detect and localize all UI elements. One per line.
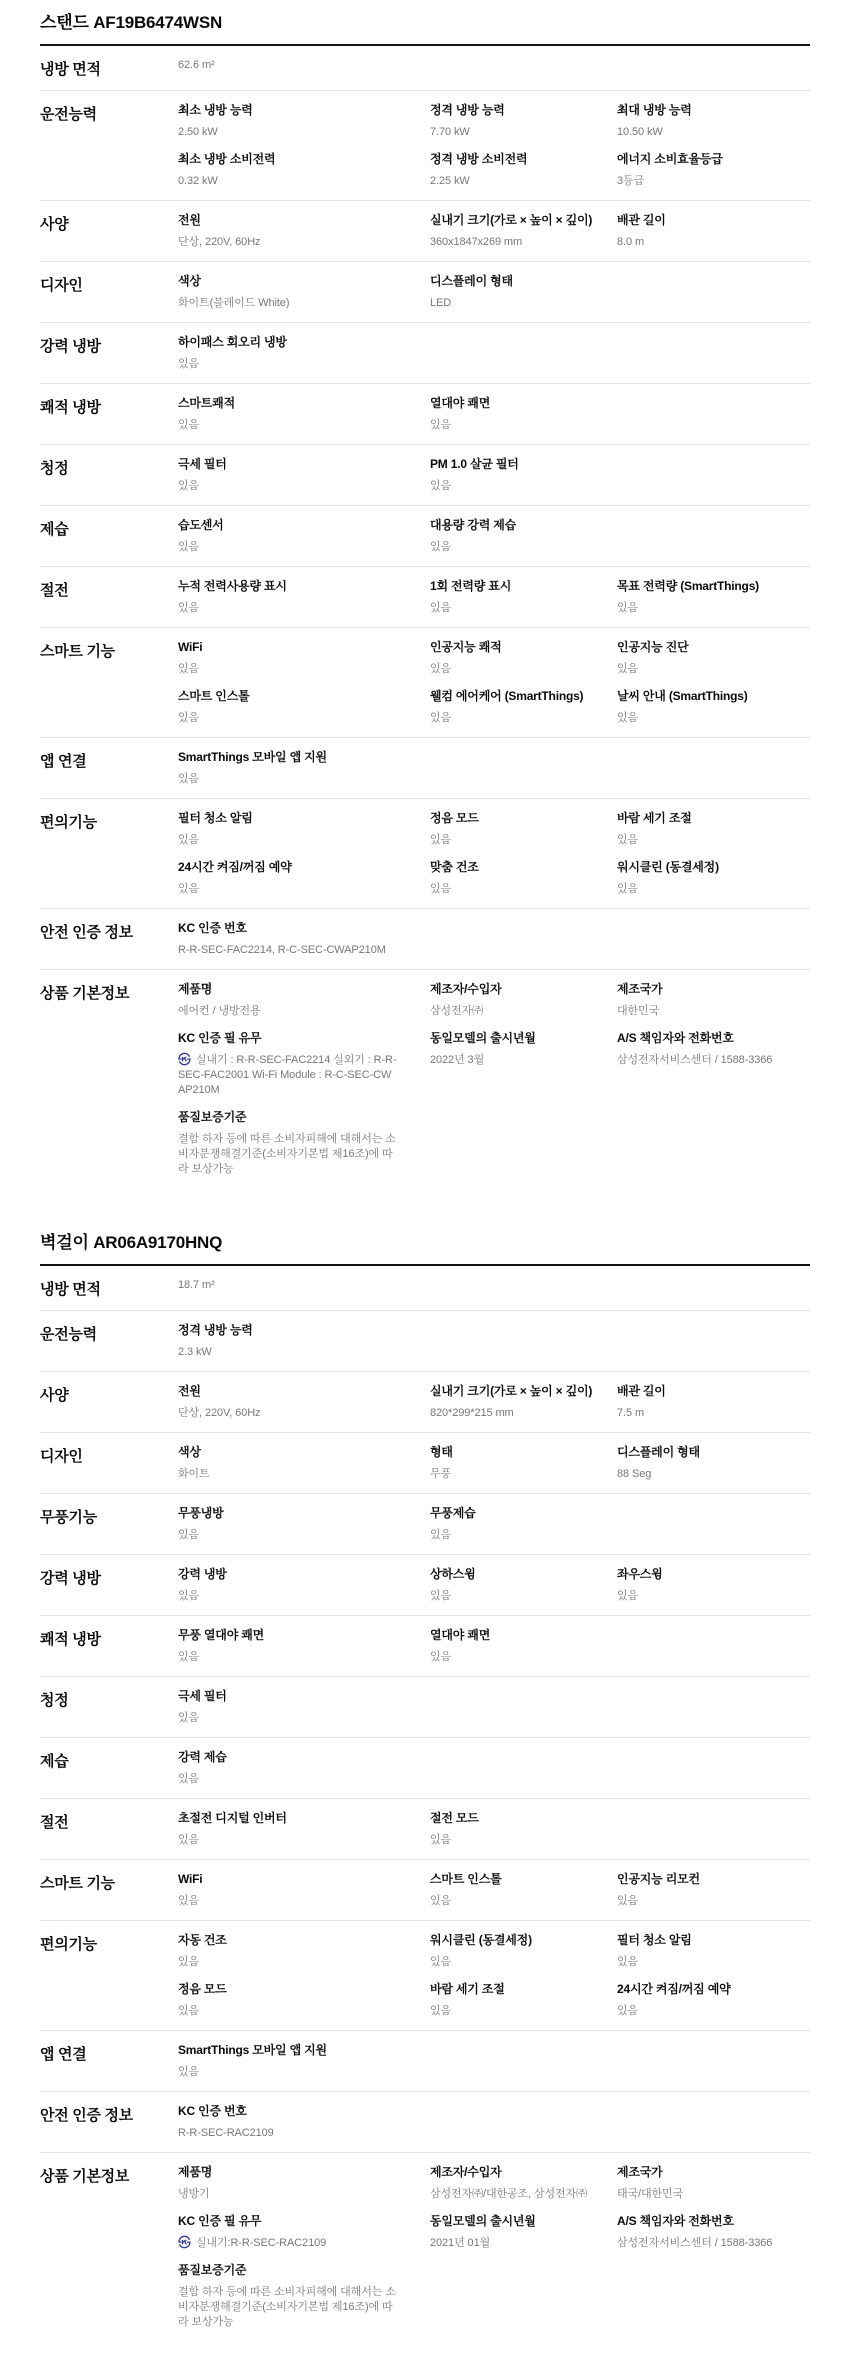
spec-value: 있음	[178, 2004, 398, 2019]
spec-label: 무풍 열대야 쾌면	[178, 1628, 416, 1643]
spec-row: 스마트 기능WiFi있음스마트 인스톨있음인공지능 리모컨있음	[40, 1860, 810, 1921]
spec-row: 청정극세 필터있음	[40, 1677, 810, 1738]
spec-value: 있음	[617, 601, 796, 616]
spec-value: 18.7 m²	[178, 1278, 398, 1293]
spec-cell: 정음 모드있음	[178, 1982, 430, 2019]
spec-row: 쾌적 냉방무풍 열대야 쾌면있음열대야 쾌면있음	[40, 1616, 810, 1677]
spec-group: 품질보증기준결함 하자 등에 따른 소비자피해에 대해서는 소비자분쟁해결기준(…	[178, 2263, 810, 2330]
spec-label: 제조자/수입자	[430, 982, 603, 997]
spec-groups: 초절전 디지털 인버터있음절전 모드있음	[178, 1811, 810, 1848]
spec-label: 정격 냉방 능력	[178, 1323, 416, 1338]
spec-cell: 필터 청소 알림있음	[617, 1933, 810, 1970]
spec-group: KC 인증 필 유무㉿실내기 : R-R-SEC-FAC2214 실외기 : R…	[178, 1031, 810, 1098]
product-section: 스탠드 AF19B6474WSN냉방 면적62.6 m²운전능력최소 냉방 능력…	[40, 8, 810, 1188]
spec-value: 냉방기	[178, 2187, 398, 2202]
spec-value: 삼성전자㈜/대한공조, 삼성전자㈜	[430, 2187, 603, 2202]
spec-row: 강력 냉방강력 냉방있음상하스윙있음좌우스윙있음	[40, 1555, 810, 1616]
spec-label: 배관 길이	[617, 213, 796, 228]
spec-label: 정음 모드	[178, 1982, 416, 1997]
spec-label: 열대야 쾌면	[430, 1628, 603, 1643]
spec-value: 있음	[430, 882, 603, 897]
spec-label: 웰컴 에어케어 (SmartThings)	[430, 689, 603, 704]
spec-label: 무풍제습	[430, 1506, 603, 1521]
spec-label: 1회 전력량 표시	[430, 579, 603, 594]
spec-group: WiFi있음스마트 인스톨있음인공지능 리모컨있음	[178, 1872, 810, 1909]
spec-cell: 인공지능 진단있음	[617, 640, 810, 677]
spec-cell: 맞춤 건조있음	[430, 860, 617, 897]
spec-cell: 동일모델의 출시년월2022년 3월	[430, 1031, 617, 1098]
spec-value: 있음	[178, 540, 398, 555]
category-label: 안전 인증 정보	[40, 921, 178, 942]
spec-cell: 대용량 강력 제습있음	[430, 518, 617, 555]
spec-group: 전원단상, 220V, 60Hz실내기 크기(가로 × 높이 × 깊이)820*…	[178, 1384, 810, 1421]
spec-value: 결함 하자 등에 따른 소비자피해에 대해서는 소비자분쟁해결기준(소비자기본법…	[178, 2285, 398, 2330]
spec-value: 있음	[178, 601, 398, 616]
spec-groups: SmartThings 모바일 앱 지원있음	[178, 750, 810, 787]
spec-groups: 자동 건조있음워시클린 (동결세정)있음필터 청소 알림있음정음 모드있음바람 …	[178, 1933, 810, 2019]
spec-label: A/S 책임자와 전화번호	[617, 2214, 796, 2229]
spec-cell: WiFi있음	[178, 1872, 430, 1909]
spec-row: 편의기능필터 청소 알림있음정음 모드있음바람 세기 조절있음24시간 켜짐/꺼…	[40, 799, 810, 909]
spec-groups: SmartThings 모바일 앱 지원있음	[178, 2043, 810, 2080]
spec-cell: WiFi있음	[178, 640, 430, 677]
spec-row: 상품 기본정보제품명에어컨 / 냉방전용제조자/수입자삼성전자㈜제조국가대한민국…	[40, 970, 810, 1188]
spec-value: 있음	[430, 1955, 603, 1970]
spec-cell: 제조국가태국/대한민국	[617, 2165, 810, 2202]
spec-label: KC 인증 번호	[178, 921, 416, 936]
spec-group: 자동 건조있음워시클린 (동결세정)있음필터 청소 알림있음	[178, 1933, 810, 1970]
spec-cell: 웰컴 에어케어 (SmartThings)있음	[430, 689, 617, 726]
section-title: 벽걸이 AR06A9170HNQ	[40, 1228, 810, 1266]
category-label: 앱 연결	[40, 2043, 178, 2064]
spec-cell: 제조자/수입자삼성전자㈜/대한공조, 삼성전자㈜	[430, 2165, 617, 2202]
spec-cell: 배관 길이7.5 m	[617, 1384, 810, 1421]
spec-label: 제품명	[178, 982, 416, 997]
spec-cell: 동일모델의 출시년월2021년 01월	[430, 2214, 617, 2251]
spec-cell: 62.6 m²	[178, 58, 430, 73]
spec-cell: 정격 냉방 소비전력2.25 kW	[430, 152, 617, 189]
spec-cell: 무풍제습있음	[430, 1506, 617, 1543]
category-label: 청정	[40, 457, 178, 478]
spec-groups: KC 인증 번호R-R-SEC-RAC2109	[178, 2104, 810, 2141]
spec-group: KC 인증 번호R-R-SEC-RAC2109	[178, 2104, 810, 2141]
spec-cell: 디스플레이 형태88 Seg	[617, 1445, 810, 1482]
spec-cell: 자동 건조있음	[178, 1933, 430, 1970]
spec-groups: KC 인증 번호R-R-SEC-FAC2214, R-C-SEC-CWAP210…	[178, 921, 810, 958]
product-section: 벽걸이 AR06A9170HNQ냉방 면적18.7 m²운전능력정격 냉방 능력…	[40, 1228, 810, 2341]
category-label: 운전능력	[40, 1323, 178, 1344]
spec-label: 인공지능 리모컨	[617, 1872, 796, 1887]
spec-cell: 최소 냉방 소비전력0.32 kW	[178, 152, 430, 189]
spec-cell: 상하스윙있음	[430, 1567, 617, 1604]
spec-cell: 강력 냉방있음	[178, 1567, 430, 1604]
spec-group: 정격 냉방 능력2.3 kW	[178, 1323, 810, 1360]
spec-value: 있음	[617, 833, 796, 848]
spec-groups: 하이패스 회오리 냉방있음	[178, 335, 810, 372]
spec-group: 무풍냉방있음무풍제습있음	[178, 1506, 810, 1543]
spec-label: 실내기 크기(가로 × 높이 × 깊이)	[430, 1384, 603, 1399]
spec-value: 있음	[178, 1894, 398, 1909]
spec-cell: 하이패스 회오리 냉방있음	[178, 335, 430, 372]
spec-label: 동일모델의 출시년월	[430, 2214, 603, 2229]
spec-cell: 워시클린 (동결세정)있음	[617, 860, 810, 897]
spec-value: R-R-SEC-FAC2214, R-C-SEC-CWAP210M	[178, 943, 398, 958]
category-label: 사양	[40, 213, 178, 234]
spec-label: 워시클린 (동결세정)	[617, 860, 796, 875]
spec-cell: 색상화이트(블레이드 White)	[178, 274, 430, 311]
spec-cell: 좌우스윙있음	[617, 1567, 810, 1604]
spec-value: 있음	[617, 882, 796, 897]
spec-value: 있음	[430, 601, 603, 616]
spec-groups: 전원단상, 220V, 60Hz실내기 크기(가로 × 높이 × 깊이)820*…	[178, 1384, 810, 1421]
spec-groups: 강력 냉방있음상하스윙있음좌우스윙있음	[178, 1567, 810, 1604]
spec-label: 제품명	[178, 2165, 416, 2180]
spec-label: 품질보증기준	[178, 2263, 416, 2278]
spec-cell: 워시클린 (동결세정)있음	[430, 1933, 617, 1970]
spec-value: 있음	[430, 418, 603, 433]
spec-groups: 강력 제습있음	[178, 1750, 810, 1787]
spec-label: 배관 길이	[617, 1384, 796, 1399]
spec-label: 자동 건조	[178, 1933, 416, 1948]
spec-value: 단상, 220V, 60Hz	[178, 1406, 398, 1421]
category-label: 제습	[40, 1750, 178, 1771]
spec-value: 62.6 m²	[178, 58, 398, 73]
category-label: 쾌적 냉방	[40, 1628, 178, 1649]
spec-cell: 무풍냉방있음	[178, 1506, 430, 1543]
spec-cell: 전원단상, 220V, 60Hz	[178, 1384, 430, 1421]
spec-cell: 배관 길이8.0 m	[617, 213, 810, 250]
spec-label: 실내기 크기(가로 × 높이 × 깊이)	[430, 213, 603, 228]
spec-groups: 누적 전력사용량 표시있음1회 전력량 표시있음목표 전력량 (SmartThi…	[178, 579, 810, 616]
spec-value: 있음	[178, 357, 398, 372]
spec-row: 운전능력최소 냉방 능력2.50 kW정격 냉방 능력7.70 kW최대 냉방 …	[40, 91, 810, 201]
category-label: 운전능력	[40, 103, 178, 124]
spec-cell: PM 1.0 살균 필터있음	[430, 457, 617, 494]
spec-label: KC 인증 번호	[178, 2104, 416, 2119]
spec-label: 스마트쾌적	[178, 396, 416, 411]
spec-group: 극세 필터있음PM 1.0 살균 필터있음	[178, 457, 810, 494]
spec-cell: A/S 책임자와 전화번호삼성전자서비스센터 / 1588-3366	[617, 1031, 810, 1098]
spec-cell: 제품명에어컨 / 냉방전용	[178, 982, 430, 1019]
spec-value: 에어컨 / 냉방전용	[178, 1004, 398, 1019]
spec-label: 맞춤 건조	[430, 860, 603, 875]
spec-label: 날씨 안내 (SmartThings)	[617, 689, 796, 704]
spec-label: 제조자/수입자	[430, 2165, 603, 2180]
spec-cell: 절전 모드있음	[430, 1811, 617, 1848]
spec-value: 있음	[617, 1589, 796, 1604]
spec-label: 동일모델의 출시년월	[430, 1031, 603, 1046]
spec-group: KC 인증 번호R-R-SEC-FAC2214, R-C-SEC-CWAP210…	[178, 921, 810, 958]
spec-cell: 형태무풍	[430, 1445, 617, 1482]
spec-cell: 최대 냉방 능력10.50 kW	[617, 103, 810, 140]
spec-cell: 바람 세기 조절있음	[617, 811, 810, 848]
spec-row: 절전초절전 디지털 인버터있음절전 모드있음	[40, 1799, 810, 1860]
spec-cell: 실내기 크기(가로 × 높이 × 깊이)820*299*215 mm	[430, 1384, 617, 1421]
spec-value: 있음	[430, 1894, 603, 1909]
spec-label: 절전 모드	[430, 1811, 603, 1826]
spec-row: 쾌적 냉방스마트쾌적있음열대야 쾌면있음	[40, 384, 810, 445]
category-label: 편의기능	[40, 1933, 178, 1954]
spec-label: 정격 냉방 능력	[430, 103, 603, 118]
spec-value: 결함 하자 등에 따른 소비자피해에 대해서는 소비자분쟁해결기준(소비자기본법…	[178, 1132, 398, 1177]
spec-cell: 스마트 인스톨있음	[430, 1872, 617, 1909]
spec-cell: 최소 냉방 능력2.50 kW	[178, 103, 430, 140]
spec-value: 8.0 m	[617, 235, 796, 250]
spec-groups: 최소 냉방 능력2.50 kW정격 냉방 능력7.70 kW최대 냉방 능력10…	[178, 103, 810, 189]
spec-value: 있음	[178, 662, 398, 677]
spec-value: 삼성전자서비스센터 / 1588-3366	[617, 1053, 796, 1068]
spec-groups: 스마트쾌적있음열대야 쾌면있음	[178, 396, 810, 433]
spec-groups: WiFi있음스마트 인스톨있음인공지능 리모컨있음	[178, 1872, 810, 1909]
spec-label: KC 인증 필 유무	[178, 2214, 416, 2229]
category-label: 상품 기본정보	[40, 982, 178, 1003]
spec-group: 강력 제습있음	[178, 1750, 810, 1787]
spec-label: 24시간 켜짐/꺼짐 예약	[178, 860, 416, 875]
spec-value: 있음	[430, 833, 603, 848]
spec-value: 화이트	[178, 1467, 398, 1482]
spec-label: 정격 냉방 소비전력	[430, 152, 603, 167]
spec-value: 있음	[178, 1711, 398, 1726]
spec-label: 좌우스윙	[617, 1567, 796, 1582]
spec-cell: SmartThings 모바일 앱 지원있음	[178, 2043, 430, 2080]
spec-group: 스마트 인스톨있음웰컴 에어케어 (SmartThings)있음날씨 안내 (S…	[178, 689, 810, 726]
spec-value: 2022년 3월	[430, 1053, 603, 1068]
spec-value: 있음	[178, 1589, 398, 1604]
spec-row: 강력 냉방하이패스 회오리 냉방있음	[40, 323, 810, 384]
spec-value: 단상, 220V, 60Hz	[178, 235, 398, 250]
spec-label: 스마트 인스톨	[430, 1872, 603, 1887]
spec-value: 있음	[617, 711, 796, 726]
spec-value: 화이트(블레이드 White)	[178, 296, 398, 311]
spec-row: 사양전원단상, 220V, 60Hz실내기 크기(가로 × 높이 × 깊이)36…	[40, 201, 810, 262]
spec-group: 제품명에어컨 / 냉방전용제조자/수입자삼성전자㈜제조국가대한민국	[178, 982, 810, 1019]
spec-value: 있음	[430, 1833, 603, 1848]
spec-label: SmartThings 모바일 앱 지원	[178, 2043, 416, 2058]
spec-value: 있음	[617, 2004, 796, 2019]
spec-value: R-R-SEC-RAC2109	[178, 2126, 398, 2141]
spec-label: 색상	[178, 274, 416, 289]
category-label: 냉방 면적	[40, 1278, 178, 1299]
category-label: 앱 연결	[40, 750, 178, 771]
spec-group: 제품명냉방기제조자/수입자삼성전자㈜/대한공조, 삼성전자㈜제조국가태국/대한민…	[178, 2165, 810, 2202]
spec-group: 초절전 디지털 인버터있음절전 모드있음	[178, 1811, 810, 1848]
spec-groups: 18.7 m²	[178, 1278, 810, 1293]
spec-row: 절전누적 전력사용량 표시있음1회 전력량 표시있음목표 전력량 (SmartT…	[40, 567, 810, 628]
spec-label: 인공지능 쾌적	[430, 640, 603, 655]
spec-value: 7.5 m	[617, 1406, 796, 1421]
spec-cell: 초절전 디지털 인버터있음	[178, 1811, 430, 1848]
spec-label: WiFi	[178, 1872, 416, 1887]
spec-cell: 열대야 쾌면있음	[430, 1628, 617, 1665]
spec-label: 디스플레이 형태	[617, 1445, 796, 1460]
spec-value: 있음	[178, 882, 398, 897]
category-label: 청정	[40, 1689, 178, 1710]
spec-groups: 62.6 m²	[178, 58, 810, 73]
spec-value: 있음	[430, 2004, 603, 2019]
spec-label: 누적 전력사용량 표시	[178, 579, 416, 594]
spec-row: 무풍기능무풍냉방있음무풍제습있음	[40, 1494, 810, 1555]
spec-value: 있음	[178, 418, 398, 433]
spec-cell: 품질보증기준결함 하자 등에 따른 소비자피해에 대해서는 소비자분쟁해결기준(…	[178, 2263, 430, 2330]
spec-row: 냉방 면적62.6 m²	[40, 46, 810, 91]
spec-cell: 정격 냉방 능력7.70 kW	[430, 103, 617, 140]
spec-cell: 색상화이트	[178, 1445, 430, 1482]
spec-group: 누적 전력사용량 표시있음1회 전력량 표시있음목표 전력량 (SmartThi…	[178, 579, 810, 616]
spec-value: 있음	[178, 833, 398, 848]
spec-label: 극세 필터	[178, 457, 416, 472]
spec-groups: 무풍냉방있음무풍제습있음	[178, 1506, 810, 1543]
spec-groups: 극세 필터있음PM 1.0 살균 필터있음	[178, 457, 810, 494]
category-label: 냉방 면적	[40, 58, 178, 79]
spec-cell: SmartThings 모바일 앱 지원있음	[178, 750, 430, 787]
spec-label: 24시간 켜짐/꺼짐 예약	[617, 1982, 796, 1997]
spec-groups: WiFi있음인공지능 쾌적있음인공지능 진단있음스마트 인스톨있음웰컴 에어케어…	[178, 640, 810, 726]
spec-label: 강력 제습	[178, 1750, 416, 1765]
spec-cell: 인공지능 리모컨있음	[617, 1872, 810, 1909]
spec-group: 하이패스 회오리 냉방있음	[178, 335, 810, 372]
spec-value: 2.50 kW	[178, 125, 398, 140]
spec-cell: 누적 전력사용량 표시있음	[178, 579, 430, 616]
spec-cell: 전원단상, 220V, 60Hz	[178, 213, 430, 250]
section-title: 스탠드 AF19B6474WSN	[40, 8, 810, 46]
category-label: 절전	[40, 579, 178, 600]
spec-cell: KC 인증 번호R-R-SEC-RAC2109	[178, 2104, 430, 2141]
spec-label: 색상	[178, 1445, 416, 1460]
spec-row: 앱 연결SmartThings 모바일 앱 지원있음	[40, 2031, 810, 2092]
spec-label: 전원	[178, 213, 416, 228]
spec-cell: 에너지 소비효율등급3등급	[617, 152, 810, 189]
category-label: 편의기능	[40, 811, 178, 832]
spec-cell: 바람 세기 조절있음	[430, 1982, 617, 2019]
spec-row: 편의기능자동 건조있음워시클린 (동결세정)있음필터 청소 알림있음정음 모드있…	[40, 1921, 810, 2031]
spec-value: 있음	[430, 1528, 603, 1543]
spec-cell: 인공지능 쾌적있음	[430, 640, 617, 677]
spec-value: 있음	[617, 1955, 796, 1970]
spec-row: 디자인색상화이트(블레이드 White)디스플레이 형태LED	[40, 262, 810, 323]
spec-label: 바람 세기 조절	[430, 1982, 603, 1997]
spec-label: 인공지능 진단	[617, 640, 796, 655]
category-label: 강력 냉방	[40, 335, 178, 356]
spec-value: 태국/대한민국	[617, 2187, 796, 2202]
spec-value: 있음	[430, 662, 603, 677]
spec-value: 있음	[178, 1528, 398, 1543]
spec-value: 88 Seg	[617, 1467, 796, 1482]
spec-value: 있음	[430, 711, 603, 726]
spec-groups: 전원단상, 220V, 60Hz실내기 크기(가로 × 높이 × 깊이)360x…	[178, 213, 810, 250]
spec-value: 있음	[430, 540, 603, 555]
spec-value: 7.70 kW	[430, 125, 603, 140]
category-label: 디자인	[40, 1445, 178, 1466]
spec-cell: 디스플레이 형태LED	[430, 274, 617, 311]
spec-value: 있음	[178, 1955, 398, 1970]
spec-label: 목표 전력량 (SmartThings)	[617, 579, 796, 594]
spec-cell: 무풍 열대야 쾌면있음	[178, 1628, 430, 1665]
spec-group: 스마트쾌적있음열대야 쾌면있음	[178, 396, 810, 433]
category-label: 디자인	[40, 274, 178, 295]
spec-group: 습도센서있음대용량 강력 제습있음	[178, 518, 810, 555]
spec-label: 최소 냉방 소비전력	[178, 152, 416, 167]
spec-label: 습도센서	[178, 518, 416, 533]
spec-value: 있음	[430, 1650, 603, 1665]
spec-cell: 제조국가대한민국	[617, 982, 810, 1019]
spec-cell: KC 인증 필 유무㉿실내기 : R-R-SEC-FAC2214 실외기 : R…	[178, 1031, 430, 1098]
spec-cell: 열대야 쾌면있음	[430, 396, 617, 433]
product-spec-page: 스탠드 AF19B6474WSN냉방 면적62.6 m²운전능력최소 냉방 능력…	[0, 0, 860, 2369]
spec-group: WiFi있음인공지능 쾌적있음인공지능 진단있음	[178, 640, 810, 677]
spec-row: 스마트 기능WiFi있음인공지능 쾌적있음인공지능 진단있음스마트 인스톨있음웰…	[40, 628, 810, 738]
spec-group: KC 인증 필 유무㉿실내기:R-R-SEC-RAC2109동일모델의 출시년월…	[178, 2214, 810, 2251]
spec-cell: 필터 청소 알림있음	[178, 811, 430, 848]
spec-row: 냉방 면적18.7 m²	[40, 1266, 810, 1311]
category-label: 사양	[40, 1384, 178, 1405]
spec-group: 최소 냉방 능력2.50 kW정격 냉방 능력7.70 kW최대 냉방 능력10…	[178, 103, 810, 140]
spec-value: 있음	[617, 1894, 796, 1909]
spec-value: 있음	[178, 1772, 398, 1787]
spec-label: 초절전 디지털 인버터	[178, 1811, 416, 1826]
category-label: 스마트 기능	[40, 1872, 178, 1893]
category-label: 스마트 기능	[40, 640, 178, 661]
spec-cell: 24시간 켜짐/꺼짐 예약있음	[617, 1982, 810, 2019]
spec-group: 최소 냉방 소비전력0.32 kW정격 냉방 소비전력2.25 kW에너지 소비…	[178, 152, 810, 189]
spec-value: 있음	[178, 1650, 398, 1665]
spec-value: 무풍	[430, 1467, 603, 1482]
spec-value: 삼성전자서비스센터 / 1588-3366	[617, 2236, 796, 2251]
spec-row: 안전 인증 정보KC 인증 번호R-R-SEC-RAC2109	[40, 2092, 810, 2153]
spec-label: 제조국가	[617, 982, 796, 997]
spec-label: A/S 책임자와 전화번호	[617, 1031, 796, 1046]
spec-cell: 제조자/수입자삼성전자㈜	[430, 982, 617, 1019]
spec-value: 있음	[178, 1833, 398, 1848]
spec-row: 운전능력정격 냉방 능력2.3 kW	[40, 1311, 810, 1372]
category-label: 제습	[40, 518, 178, 539]
spec-label: PM 1.0 살균 필터	[430, 457, 603, 472]
spec-groups: 색상화이트형태무풍디스플레이 형태88 Seg	[178, 1445, 810, 1482]
spec-value: ㉿실내기:R-R-SEC-RAC2109	[178, 2236, 398, 2251]
spec-label: 디스플레이 형태	[430, 274, 603, 289]
spec-cell: 습도센서있음	[178, 518, 430, 555]
spec-cell: 실내기 크기(가로 × 높이 × 깊이)360x1847x269 mm	[430, 213, 617, 250]
spec-label: 스마트 인스톨	[178, 689, 416, 704]
spec-label: 품질보증기준	[178, 1110, 416, 1125]
spec-row: 상품 기본정보제품명냉방기제조자/수입자삼성전자㈜/대한공조, 삼성전자㈜제조국…	[40, 2153, 810, 2341]
spec-group: 강력 냉방있음상하스윙있음좌우스윙있음	[178, 1567, 810, 1604]
spec-value: 2021년 01월	[430, 2236, 603, 2251]
spec-value: 있음	[178, 479, 398, 494]
spec-value: 있음	[178, 711, 398, 726]
spec-label: KC 인증 필 유무	[178, 1031, 416, 1046]
spec-groups: 정격 냉방 능력2.3 kW	[178, 1323, 810, 1360]
spec-row: 청정극세 필터있음PM 1.0 살균 필터있음	[40, 445, 810, 506]
spec-label: 최대 냉방 능력	[617, 103, 796, 118]
spec-group: 정음 모드있음바람 세기 조절있음24시간 켜짐/꺼짐 예약있음	[178, 1982, 810, 2019]
category-label: 쾌적 냉방	[40, 396, 178, 417]
spec-cell: 극세 필터있음	[178, 457, 430, 494]
spec-groups: 습도센서있음대용량 강력 제습있음	[178, 518, 810, 555]
spec-cell: 정음 모드있음	[430, 811, 617, 848]
spec-group: 전원단상, 220V, 60Hz실내기 크기(가로 × 높이 × 깊이)360x…	[178, 213, 810, 250]
spec-group: 무풍 열대야 쾌면있음열대야 쾌면있음	[178, 1628, 810, 1665]
spec-row: 앱 연결SmartThings 모바일 앱 지원있음	[40, 738, 810, 799]
spec-groups: 제품명에어컨 / 냉방전용제조자/수입자삼성전자㈜제조국가대한민국KC 인증 필…	[178, 982, 810, 1177]
spec-label: 극세 필터	[178, 1689, 416, 1704]
spec-label: 필터 청소 알림	[178, 811, 416, 826]
spec-label: SmartThings 모바일 앱 지원	[178, 750, 416, 765]
spec-value: LED	[430, 296, 603, 311]
spec-group: SmartThings 모바일 앱 지원있음	[178, 750, 810, 787]
spec-label: 하이패스 회오리 냉방	[178, 335, 416, 350]
spec-label: 전원	[178, 1384, 416, 1399]
spec-row: 안전 인증 정보KC 인증 번호R-R-SEC-FAC2214, R-C-SEC…	[40, 909, 810, 970]
